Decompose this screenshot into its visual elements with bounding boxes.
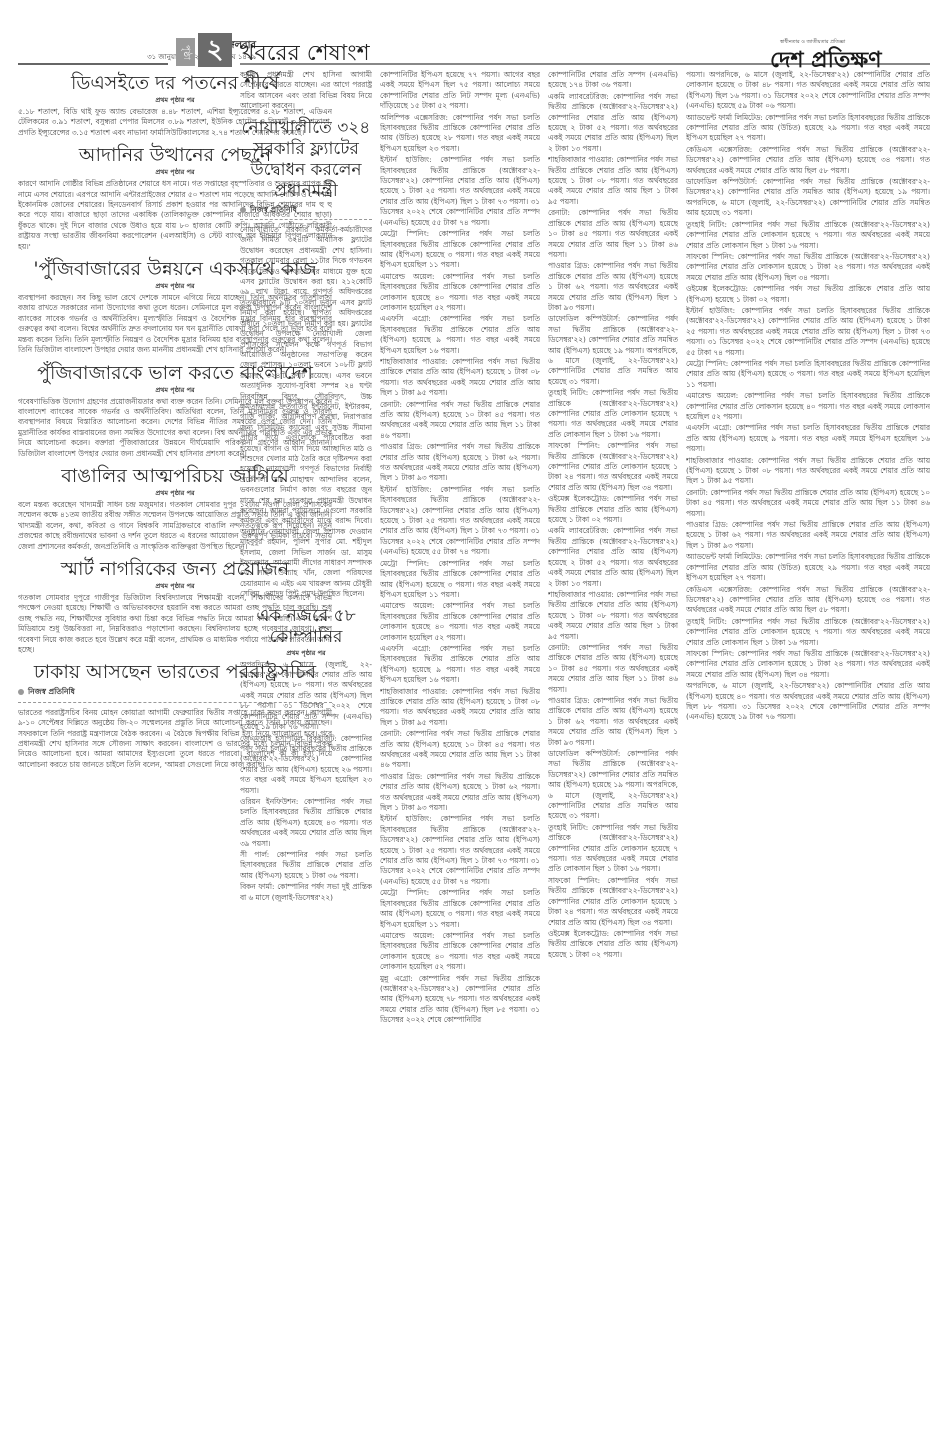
company-report: অলিম্পিক এক্সেসরিজ: কোম্পানির পর্ষদ সভা … <box>380 113 540 155</box>
company-report: এমারেল্ড অয়েল: কোম্পানির পর্ষদ সভা চলতি… <box>380 601 540 643</box>
company-report: ইস্টার্ন হাউজিং: কোম্পানির পর্ষদ সভা চলত… <box>686 306 930 358</box>
company-report: এএফসি এগ্রো: কোম্পানির পর্ষদ সভা চলতি হি… <box>380 644 540 686</box>
company-report: তুংহাই নিটিং: কোম্পানির পর্ষদ সভা দ্বিতী… <box>686 617 930 648</box>
company-report: ওইমেক্স ইলেকট্রোড: কোম্পানির পর্ষদ সভা দ… <box>548 929 678 960</box>
company-report: ডাফোডিল কম্পিউটার্স: কোম্পানির পর্ষদ সভা… <box>548 749 678 822</box>
company-report: একমি ল্যাবরেটরিজ: কোম্পানির পর্ষদ সভা দ্… <box>548 526 678 588</box>
company-report: ওইমেক্স ইলেকট্রোড: কোম্পানির পর্ষদ সভা দ… <box>548 494 678 525</box>
column-reports-1: কোম্পানিটির ইপিএস হয়েছে ৭৭ পয়সা। আগের … <box>380 70 540 1410</box>
byline: নিজস্ব প্রতিনিধি <box>240 205 372 215</box>
company-report: ওইমেক্স ইলেকট্রোড: কোম্পানির পর্ষদ সভা দ… <box>686 284 930 305</box>
company-report: পাওয়ার গ্রিড: কোম্পানির পর্ষদ সভা দ্বিত… <box>548 261 678 313</box>
company-report: কোম্পানিটির শেয়ার প্রতি সম্পদ (এনএভি) হ… <box>548 70 678 91</box>
masthead-rule-left <box>18 63 168 65</box>
divider <box>240 219 372 220</box>
article-body: সী পার্ল: কোম্পানির পর্ষদ সভা চলতি হিসাব… <box>240 850 372 881</box>
company-report: শাহজিবাজার পাওয়ার: কোম্পানির পর্ষদ সভা … <box>380 687 540 729</box>
section-title: খবরের শেষাংশ <box>240 36 370 73</box>
company-report: কেডিএস এক্সেসরিজ: কোম্পানির পর্ষদ সভা দ্… <box>686 145 930 176</box>
company-report: পাওয়ার গ্রিড: কোম্পানির পর্ষদ সভা দ্বিত… <box>548 696 678 748</box>
article-noakhali-flats: নোয়াখালীতে ৩২৪ সরকারি ফ্ল্যাটের উদ্বোধন… <box>240 118 372 600</box>
company-report: মুন্নু এগ্রো: কোম্পানির পর্ষদ সভা দ্বিতী… <box>380 974 540 1026</box>
company-report: পাওয়ার গ্রিড: কোম্পানির পর্ষদ সভা দ্বিত… <box>686 520 930 551</box>
company-report: একমি ল্যাবরেটরিজ: কোম্পানির পর্ষদ সভা দ্… <box>548 92 678 154</box>
headline: এক নজরে ৫৮ কোম্পানির <box>240 606 372 648</box>
company-report: শাহজিবাজার পাওয়ার: কোম্পানির পর্ষদ সভা … <box>380 357 540 399</box>
company-report: তুংহাই নিটিং: কোম্পানির পর্ষদ সভা দ্বিতী… <box>686 220 930 251</box>
article-body: জেএমআই হসপিটাল রিকুইজিট: কোম্পানির পর্ষদ… <box>240 734 372 796</box>
article-body: বিকন ফার্মা: কোম্পানির পর্ষদ সভা দুই প্র… <box>240 882 372 903</box>
company-report: অ্যাডভেন্ট ফার্মা লিমিটেড: কোম্পানির পর্… <box>686 113 930 144</box>
company-report: অপরদিকে, ৬ মাসে (জুলাই, ২২-ডিসেম্বর'২২) … <box>686 681 930 723</box>
lead-in-text: করছি। প্রধানমন্ত্রী শেখ হাসিনা আগামী সেপ… <box>240 70 372 112</box>
company-report: এএফসি এগ্রো: কোম্পানির পর্ষদ সভা চলতি হি… <box>686 423 930 454</box>
company-report: এএফসি এগ্রো: কোম্পানির পর্ষদ সভা চলতি হি… <box>380 314 540 356</box>
company-report: কোম্পানিটির ইপিএস হয়েছে ৭৭ পয়সা। আগের … <box>380 70 540 112</box>
company-report: তুংহাই নিটিং: কোম্পানির পর্ষদ সভা দ্বিতী… <box>548 823 678 875</box>
company-report: সাফকো স্পিনিং: কোম্পানির পর্ষদ সভা দ্বিত… <box>686 252 930 283</box>
company-report: কেডিএস এক্সেসরিজ: কোম্পানির পর্ষদ সভা দ্… <box>686 585 930 616</box>
column-noakhali: করছি। প্রধানমন্ত্রী শেখ হাসিনা আগামী সেপ… <box>240 70 372 1410</box>
bullet-icon <box>18 689 24 695</box>
article-58-companies: এক নজরে ৫৮ কোম্পানির প্রথম পৃষ্ঠার পর অপ… <box>240 606 372 903</box>
company-report: রেনাটা: কোম্পানির পর্ষদ সভা দ্বিতীয় প্র… <box>548 208 678 260</box>
company-report: পয়সা। অপরদিকে, ৬ মাসে (জুলাই, ২২-ডিসেম্… <box>686 70 930 112</box>
company-report: শাহজিবাজার পাওয়ার: কোম্পানির পর্ষদ সভা … <box>548 155 678 207</box>
company-report: এমারেল্ড অয়েল: কোম্পানির পর্ষদ সভা চলতি… <box>686 391 930 422</box>
company-report: ডাফোডিল কম্পিউটার্স: কোম্পানির পর্ষদ সভা… <box>548 314 678 387</box>
company-report: সাফকো স্পিনিং: কোম্পানির পর্ষদ সভা দ্বিত… <box>548 876 678 928</box>
company-report: মেট্রো স্পিনিং: কোম্পানির পর্ষদ সভা চলতি… <box>380 888 540 930</box>
column-reports-3: পয়সা। অপরদিকে, ৬ মাসে (জুলাই, ২২-ডিসেম্… <box>686 70 930 1410</box>
company-report: রেনাটা: কোম্পানির পর্ষদ সভা দ্বিতীয় প্র… <box>380 400 540 442</box>
company-report: শাহজিবাজার পাওয়ার: কোম্পানির পর্ষদ সভা … <box>548 590 678 642</box>
article-body: নোয়াখালীতে সরকারি কর্মকর্তা-কর্মচারীদের… <box>240 225 372 600</box>
company-report: শাহজিবাজার পাওয়ার: কোম্পানির পর্ষদ সভা … <box>686 456 930 487</box>
company-report: মেট্রো স্পিনিং: কোম্পানির পর্ষদ সভা চলতি… <box>380 229 540 271</box>
company-report: অ্যাডভেন্ট ফার্মা লিমিটেড: কোম্পানির পর্… <box>686 552 930 583</box>
company-report: এমারেল্ড অয়েল: কোম্পানির পর্ষদ সভা চলতি… <box>380 272 540 314</box>
column-reports-2: কোম্পানিটির শেয়ার প্রতি সম্পদ (এনএভি) হ… <box>548 70 678 1410</box>
bullet-icon <box>240 207 246 213</box>
page-label: পৃষ্ঠা <box>176 38 195 66</box>
company-report: ইস্টার্ন হাউজিং: কোম্পানির পর্ষদ সভা চলত… <box>380 485 540 558</box>
company-report: সাফকো স্পিনিং: কোম্পানির পর্ষদ সভা দ্বিত… <box>686 649 930 680</box>
continued-from: প্রথম পৃষ্ঠার পর <box>240 649 372 658</box>
page-number: ২ <box>198 33 232 67</box>
company-report: ইস্টার্ন হাউজিং: কোম্পানির পর্ষদ সভা চলত… <box>380 155 540 228</box>
masthead: মঙ্গলবার ৩১ জানুয়ারি ২০২৩ ❑ ১৭ মাঘ ১৪২৯… <box>0 0 945 66</box>
company-report: মেট্রো স্পিনিং: কোম্পানির পর্ষদ সভা চলতি… <box>380 559 540 601</box>
company-report: তুংহাই নিটিং: কোম্পানির পর্ষদ সভা দ্বিতী… <box>548 388 678 440</box>
company-report: এমারেল্ড অয়েল: কোম্পানির পর্ষদ সভা চলতি… <box>380 931 540 973</box>
headline: নোয়াখালীতে ৩২৪ সরকারি ফ্ল্যাটের উদ্বোধন… <box>240 118 372 202</box>
company-report: ডাফোডিল কম্পিউটার্স: কোম্পানির পর্ষদ সভা… <box>686 177 930 219</box>
company-report: মেট্রো স্পিনিং: কোম্পানির পর্ষদ সভা চলতি… <box>686 359 930 390</box>
company-report: রেনাটা: কোম্পানির পর্ষদ সভা দ্বিতীয় প্র… <box>380 729 540 771</box>
company-report: পাওয়ার গ্রিড: কোম্পানির পর্ষদ সভা দ্বিত… <box>380 772 540 814</box>
company-report: পাওয়ার গ্রিড: কোম্পানির পর্ষদ সভা দ্বিত… <box>380 442 540 484</box>
company-report: ইস্টার্ন হাউজিং: কোম্পানির পর্ষদ সভা চলত… <box>380 814 540 887</box>
company-report: রেনাটা: কোম্পানির পর্ষদ সভা দ্বিতীয় প্র… <box>548 643 678 695</box>
article-body: ওরিয়ন ইনফিউশন: কোম্পানির পর্ষদ সভা চলতি… <box>240 797 372 849</box>
article-body: অপরদিকে, ৬ মাসে (জুলাই, ২২-ডিসেম্বর'২২) … <box>240 660 372 733</box>
company-report: রেনাটা: কোম্পানির পর্ষদ সভা দ্বিতীয় প্র… <box>686 488 930 519</box>
company-report: সাফকো স্পিনিং: কোম্পানির পর্ষদ সভা দ্বিত… <box>548 441 678 493</box>
